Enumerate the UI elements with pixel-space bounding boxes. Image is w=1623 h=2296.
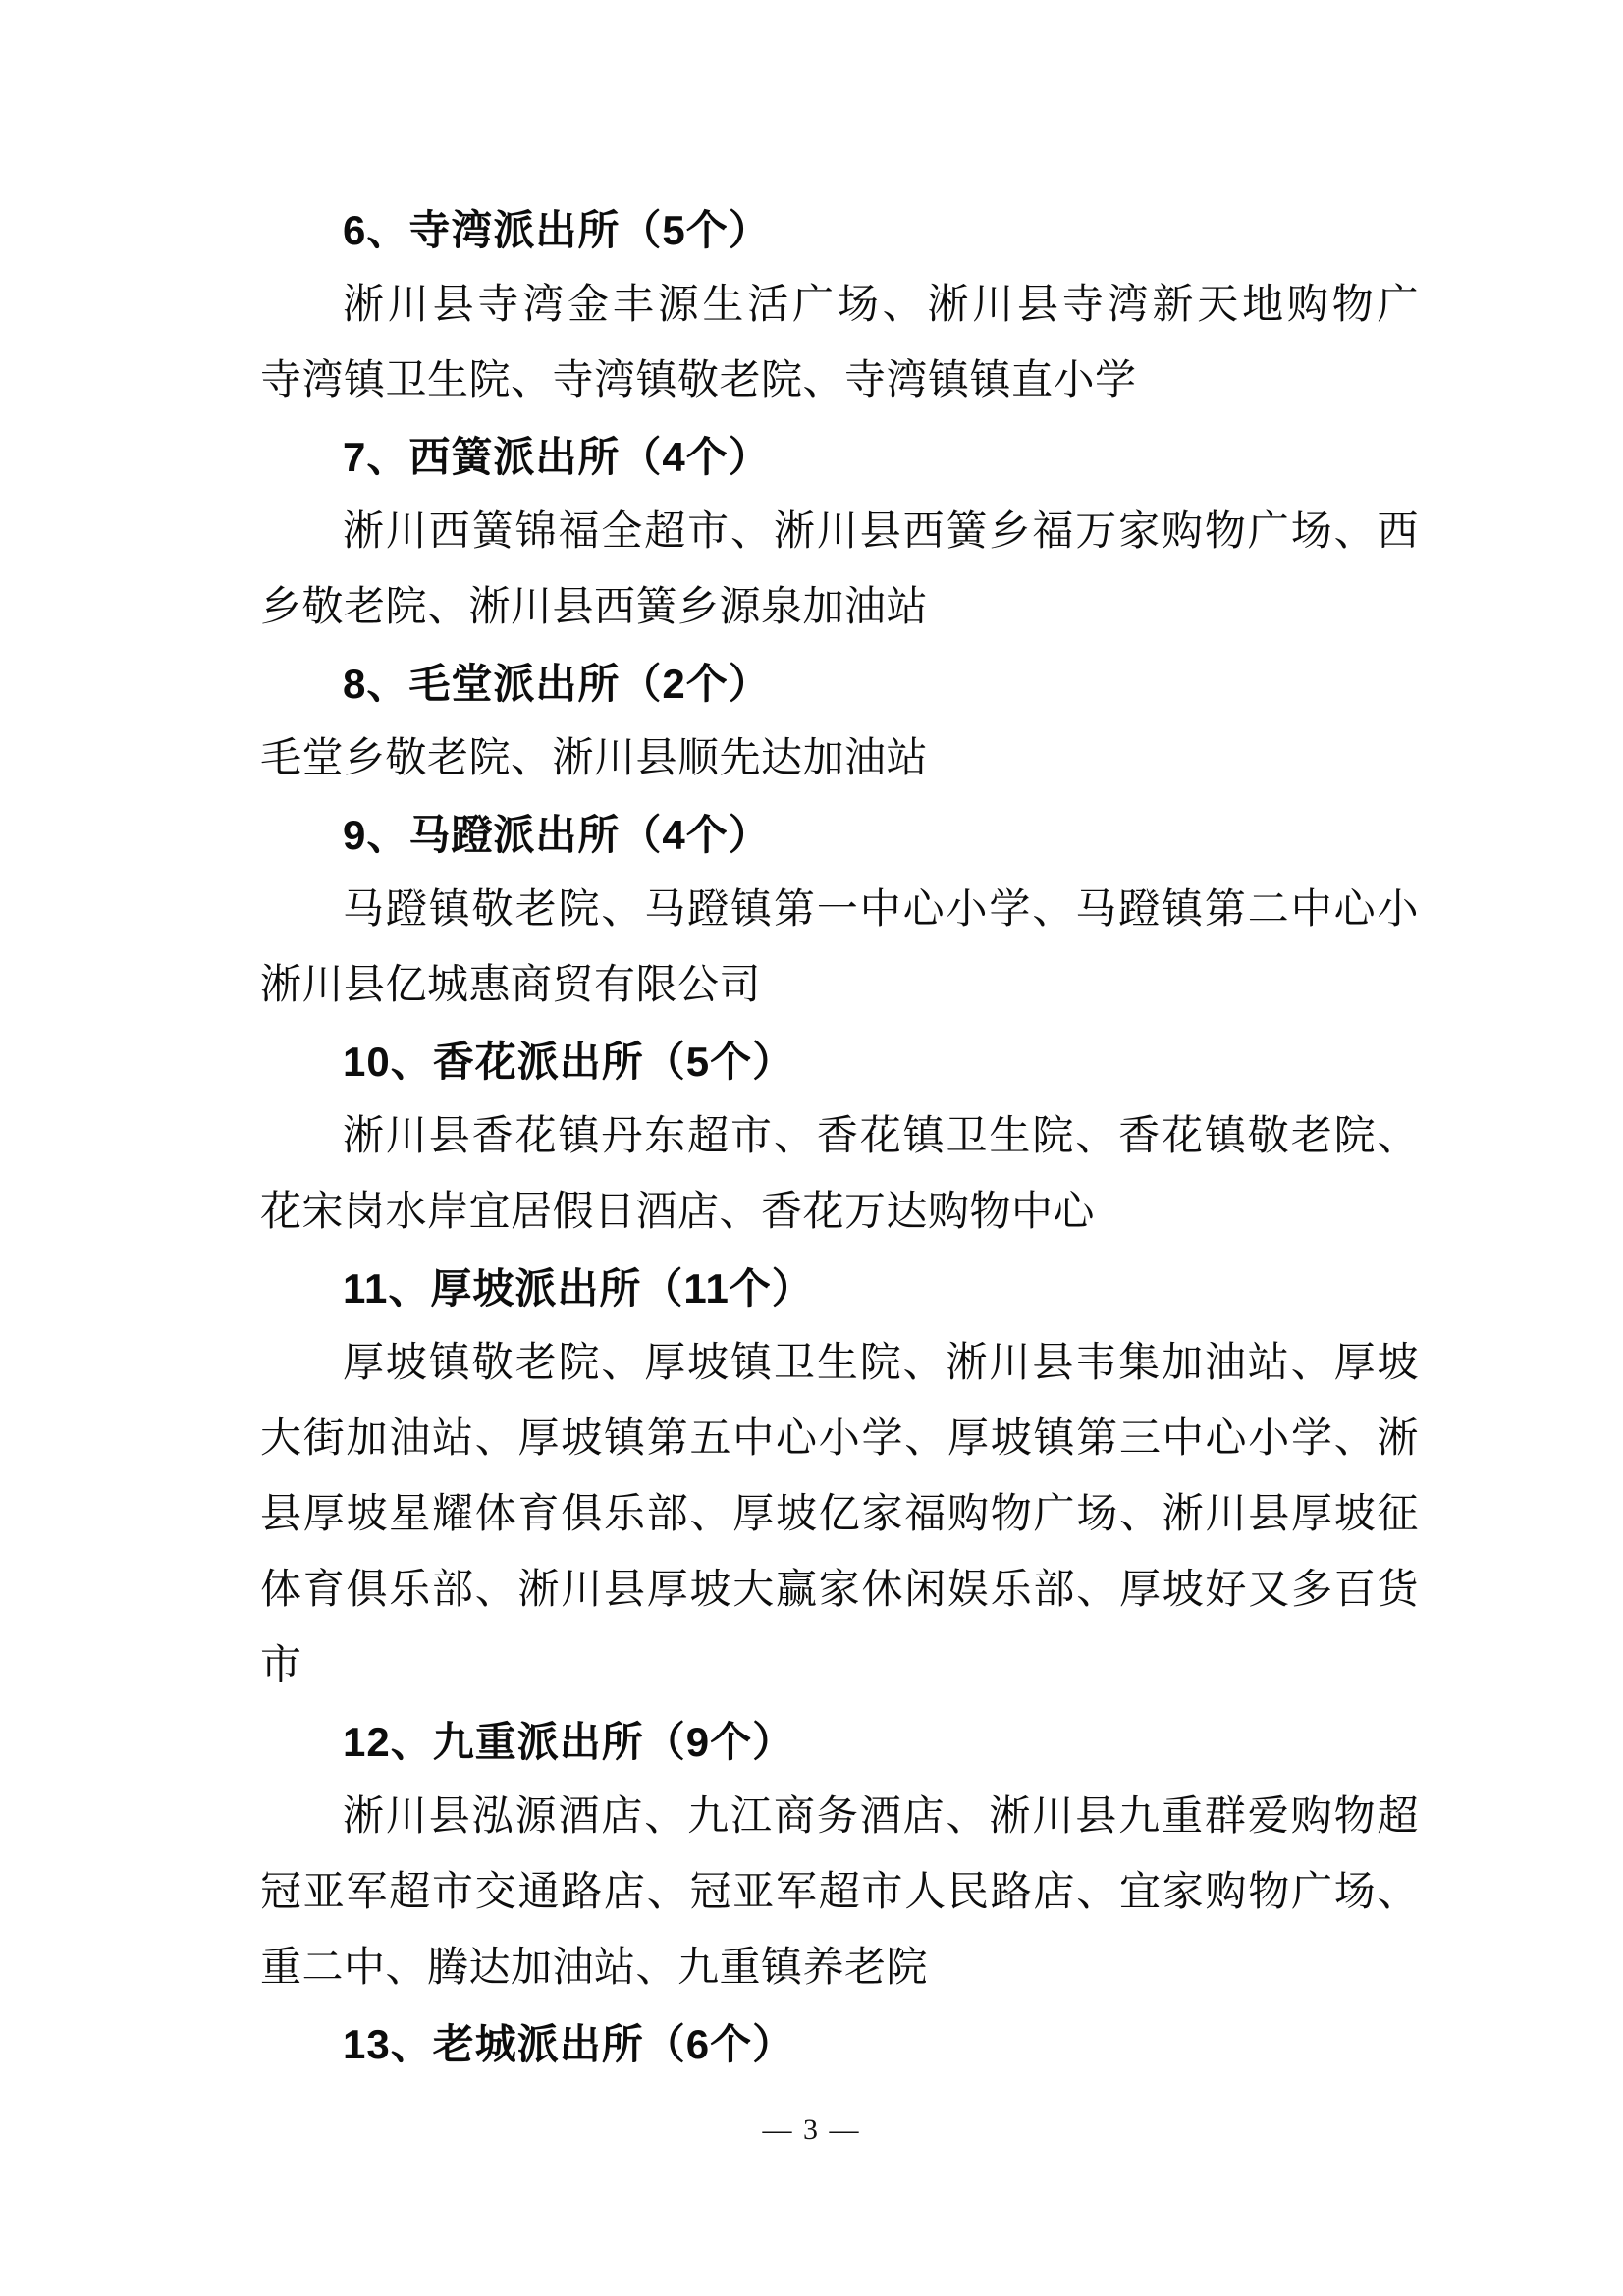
section-heading-houpo: 11、厚坡派出所（11个） xyxy=(260,1251,1419,1326)
paragraph-line: 淅川县亿城惠商贸有限公司 xyxy=(260,948,1419,1024)
paragraph-line: 县厚坡星耀体育俱乐部、厚坡亿家福购物广场、淅川县厚坡征航 xyxy=(260,1477,1419,1553)
paragraph-line: 寺湾镇卫生院、寺湾镇敬老院、寺湾镇镇直小学 xyxy=(260,344,1419,419)
document-body: 6、寺湾派出所（5个） 淅川县寺湾金丰源生活广场、淅川县寺湾新天地购物广场、 寺… xyxy=(260,192,1419,2082)
section-heading-siwan: 6、寺湾派出所（5个） xyxy=(260,192,1419,268)
section-heading-jiuzhong: 12、九重派出所（9个） xyxy=(260,1704,1419,1780)
paragraph-line: 花宋岗水岸宜居假日酒店、香花万达购物中心 xyxy=(260,1175,1419,1251)
section-heading-xianghua: 10、香花派出所（5个） xyxy=(260,1024,1419,1099)
paragraph-line: 淅川县香花镇丹东超市、香花镇卫生院、香花镇敬老院、香 xyxy=(260,1099,1419,1175)
paragraph-line: 重二中、腾达加油站、九重镇养老院 xyxy=(260,1931,1419,2006)
paragraph-line: 马蹬镇敬老院、马蹬镇第一中心小学、马蹬镇第二中心小学 xyxy=(260,873,1419,948)
page-number: — 3 — xyxy=(0,2109,1623,2152)
paragraph-line: 淅川县泓源酒店、九江商务酒店、淅川县九重群爱购物超市、 xyxy=(260,1780,1419,1855)
paragraph-line: 冠亚军超市交通路店、冠亚军超市人民路店、宜家购物广场、九 xyxy=(260,1855,1419,1931)
section-heading-madeng: 9、马蹬派出所（4个） xyxy=(260,797,1419,873)
paragraph-line: 毛堂乡敬老院、淅川县顺先达加油站 xyxy=(260,721,1419,797)
paragraph-line: 体育俱乐部、淅川县厚坡大赢家休闲娱乐部、厚坡好又多百货超 xyxy=(260,1553,1419,1629)
paragraph-line: 淅川西簧锦福全超市、淅川县西簧乡福万家购物广场、西簧 xyxy=(260,495,1419,570)
document-page: 6、寺湾派出所（5个） 淅川县寺湾金丰源生活广场、淅川县寺湾新天地购物广场、 寺… xyxy=(0,0,1623,2296)
section-heading-xihuang: 7、西簧派出所（4个） xyxy=(260,419,1419,495)
paragraph-line: 大街加油站、厚坡镇第五中心小学、厚坡镇第三中心小学、淅川 xyxy=(260,1402,1419,1477)
section-heading-maotang: 8、毛堂派出所（2个） xyxy=(260,646,1419,721)
paragraph-line: 厚坡镇敬老院、厚坡镇卫生院、淅川县韦集加油站、厚坡西 xyxy=(260,1326,1419,1402)
paragraph-line: 乡敬老院、淅川县西簧乡源泉加油站 xyxy=(260,570,1419,646)
paragraph-line: 淅川县寺湾金丰源生活广场、淅川县寺湾新天地购物广场、 xyxy=(260,268,1419,344)
paragraph-line: 市 xyxy=(260,1629,1419,1704)
section-heading-laocheng: 13、老城派出所（6个） xyxy=(260,2006,1419,2082)
